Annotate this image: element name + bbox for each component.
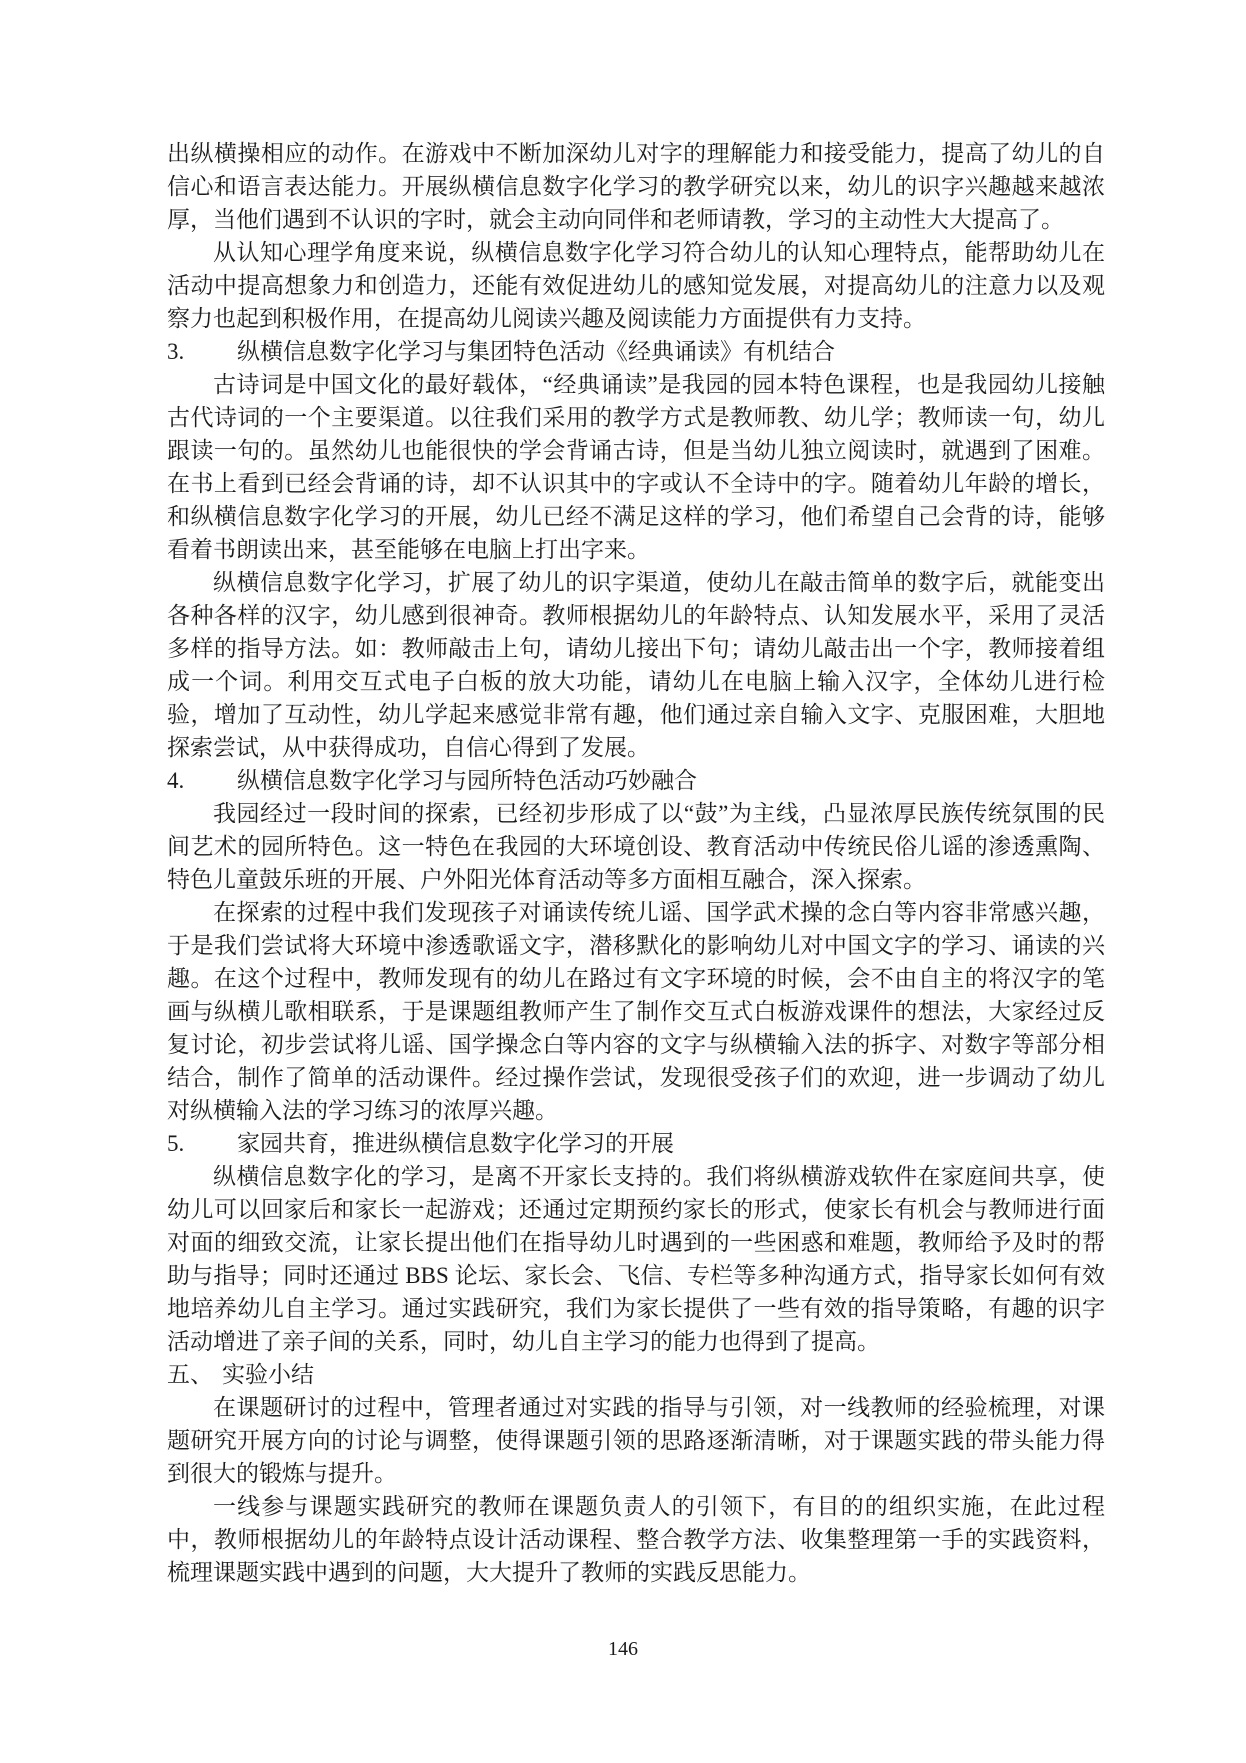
paragraph: 在探索的过程中我们发现孩子对诵读传统儿谣、国学武术操的念白等内容非常感兴趣，于是… bbox=[167, 896, 1105, 1127]
heading-title: 纵横信息数字化学习与集团特色活动《经典诵读》有机结合 bbox=[237, 339, 835, 364]
paragraph: 我园经过一段时间的探索，已经初步形成了以“鼓”为主线，凸显浓厚民族传统氛围的民间… bbox=[167, 797, 1105, 896]
paragraph: 一线参与课题实践研究的教师在课题负责人的引领下，有目的的组织实施，在此过程中，教… bbox=[167, 1490, 1105, 1589]
page-number: 146 bbox=[0, 1638, 1246, 1661]
heading-title: 纵横信息数字化学习与园所特色活动巧妙融合 bbox=[237, 768, 697, 793]
heading-title: 实验小结 bbox=[222, 1362, 314, 1387]
section-heading-3: 3.纵横信息数字化学习与集团特色活动《经典诵读》有机结合 bbox=[167, 335, 1105, 368]
document-body: 出纵横操相应的动作。在游戏中不断加深幼儿对字的理解能力和接受能力，提高了幼儿的自… bbox=[167, 137, 1105, 1589]
paragraph: 古诗词是中国文化的最好载体，“经典诵读”是我园的园本特色课程，也是我园幼儿接触古… bbox=[167, 368, 1105, 566]
heading-number: 5. bbox=[167, 1127, 237, 1160]
heading-number: 3. bbox=[167, 335, 237, 368]
heading-number: 五、 bbox=[167, 1358, 213, 1391]
section-heading-5: 5.家园共育，推进纵横信息数字化学习的开展 bbox=[167, 1127, 1105, 1160]
paragraph: 从认知心理学角度来说，纵横信息数字化学习符合幼儿的认知心理特点，能帮助幼儿在活动… bbox=[167, 236, 1105, 335]
section-heading-4: 4.纵横信息数字化学习与园所特色活动巧妙融合 bbox=[167, 764, 1105, 797]
paragraph: 纵横信息数字化的学习，是离不开家长支持的。我们将纵横游戏软件在家庭间共享，使幼儿… bbox=[167, 1160, 1105, 1358]
heading-number: 4. bbox=[167, 764, 237, 797]
paragraph: 纵横信息数字化学习，扩展了幼儿的识字渠道，使幼儿在敲击简单的数字后，就能变出各种… bbox=[167, 566, 1105, 764]
paragraph: 在课题研讨的过程中，管理者通过对实践的指导与引领，对一线教师的经验梳理，对课题研… bbox=[167, 1391, 1105, 1490]
heading-title: 家园共育，推进纵横信息数字化学习的开展 bbox=[237, 1131, 674, 1156]
document-page: 出纵横操相应的动作。在游戏中不断加深幼儿对字的理解能力和接受能力，提高了幼儿的自… bbox=[0, 0, 1246, 1763]
paragraph: 出纵横操相应的动作。在游戏中不断加深幼儿对字的理解能力和接受能力，提高了幼儿的自… bbox=[167, 137, 1105, 236]
section-heading-5-cn: 五、实验小结 bbox=[167, 1358, 1105, 1391]
